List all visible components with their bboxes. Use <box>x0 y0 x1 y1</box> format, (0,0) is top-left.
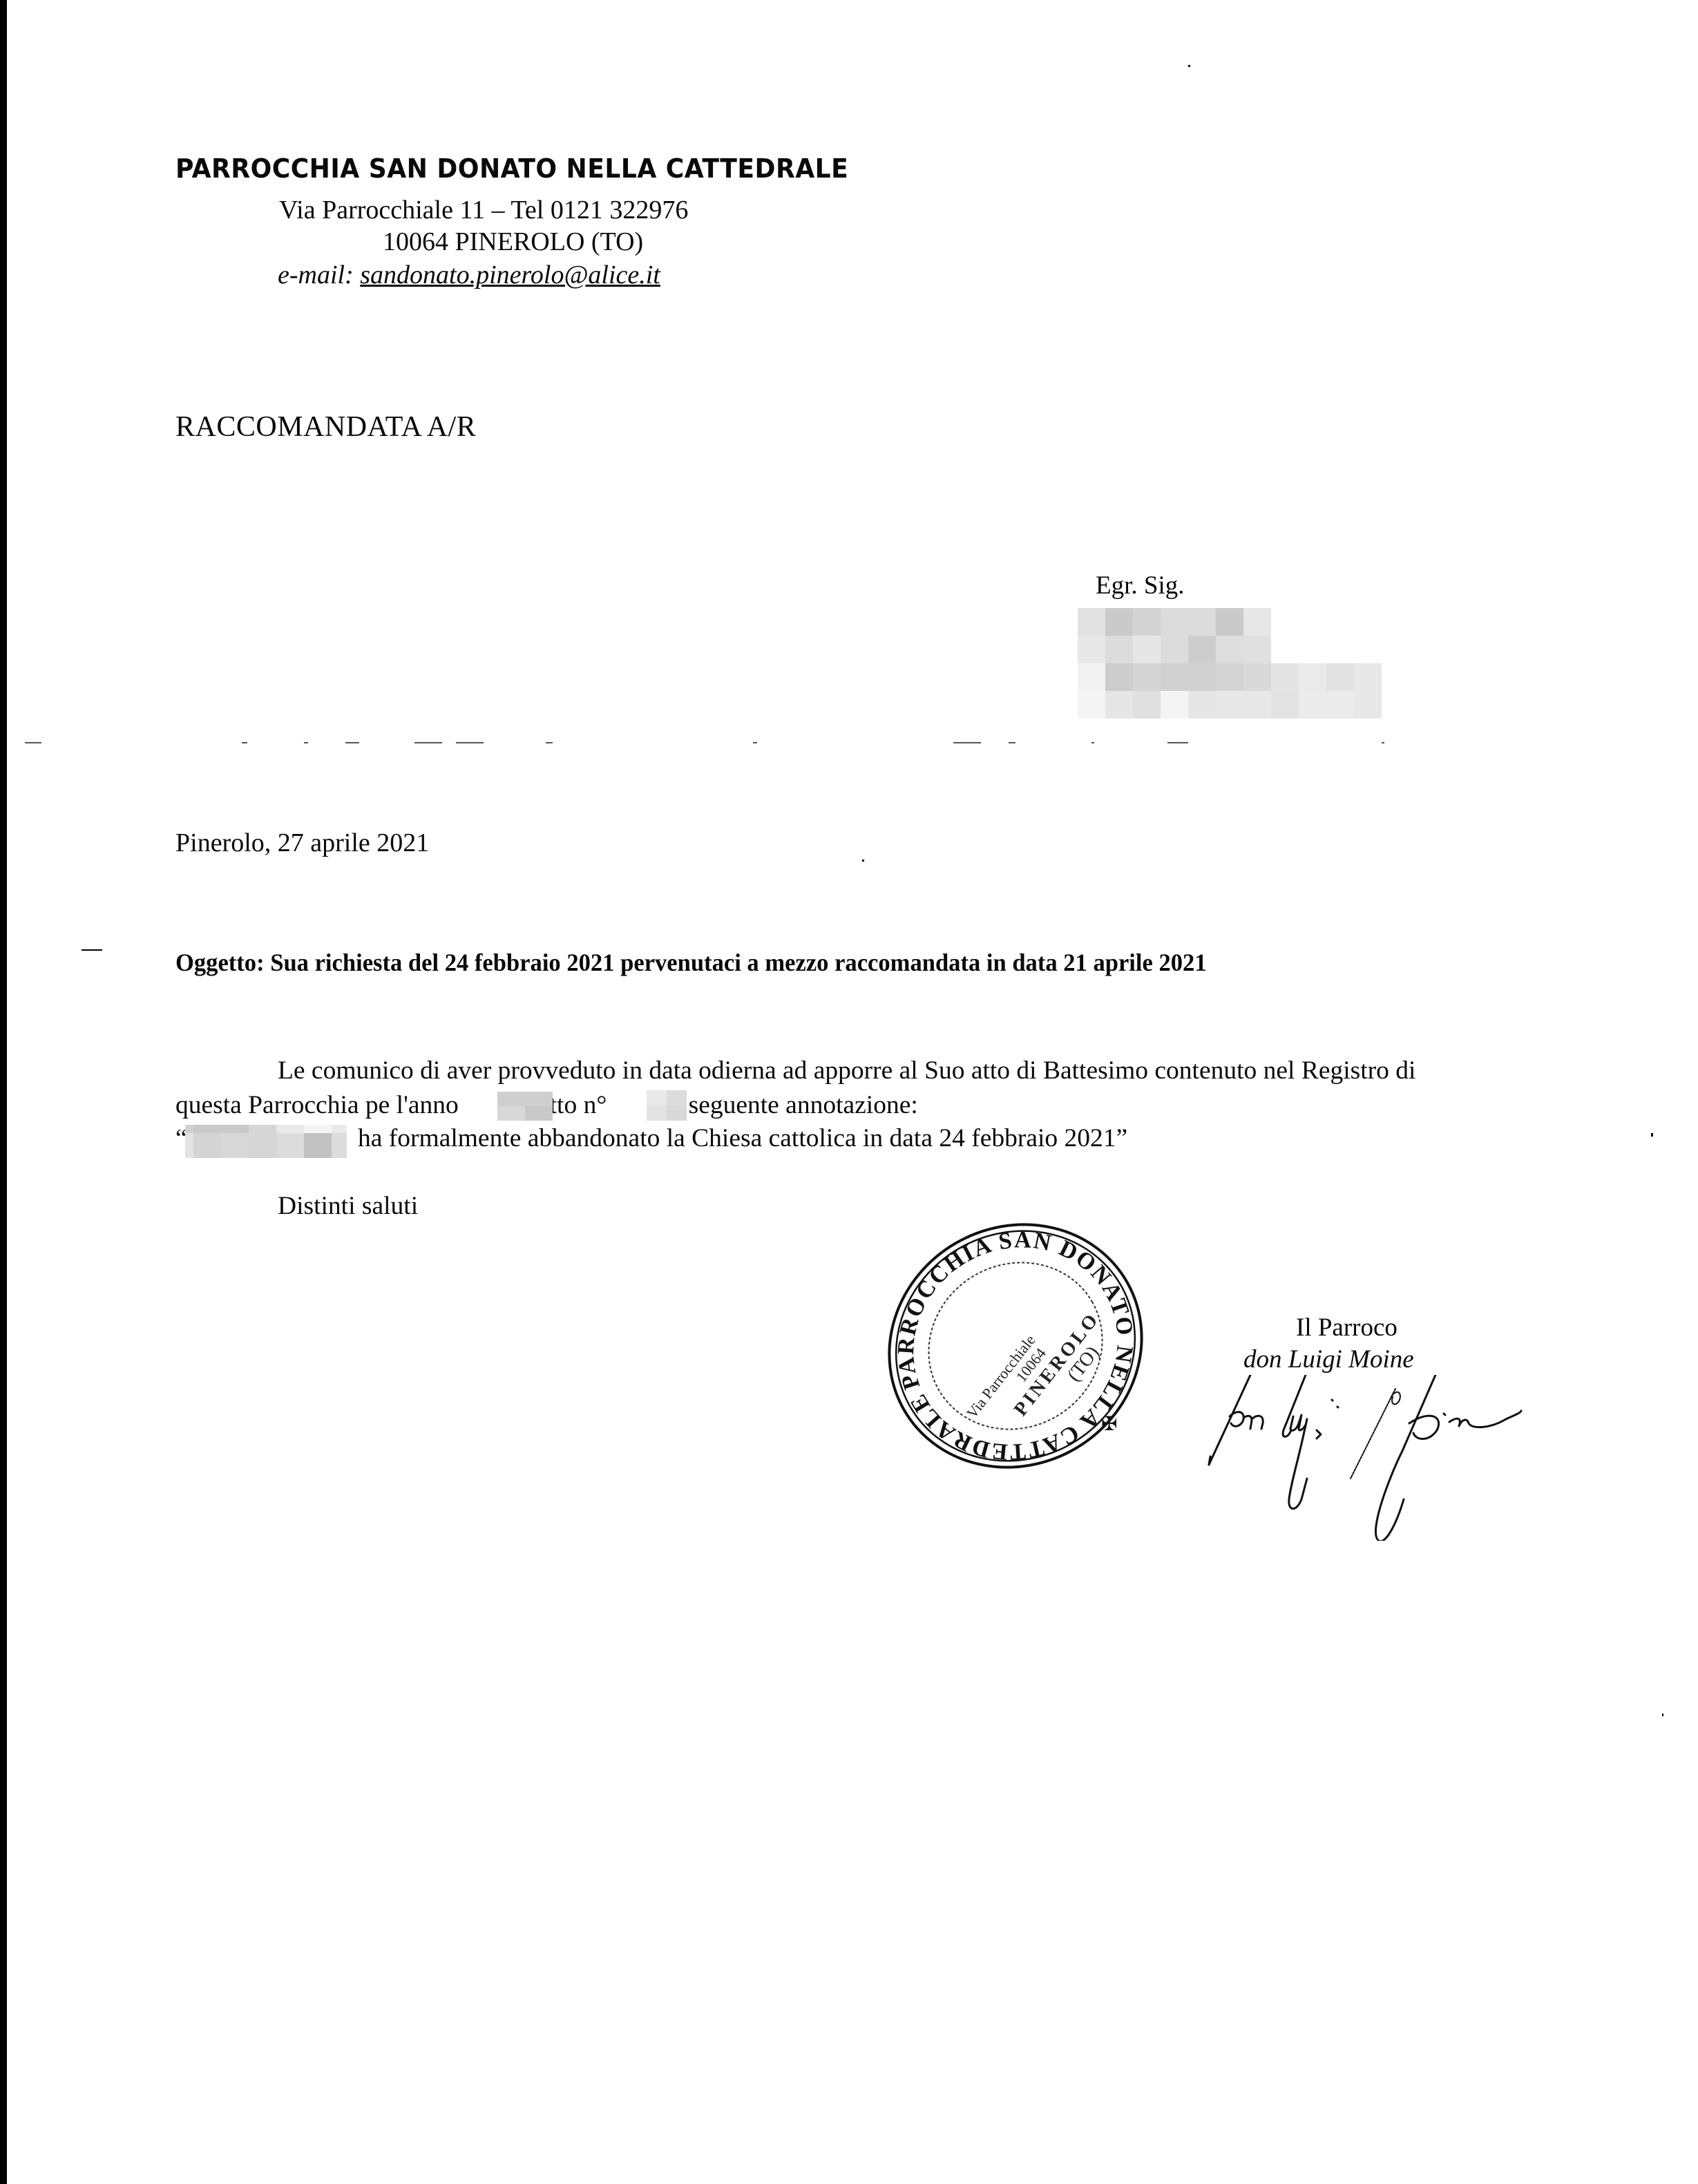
scan-speck <box>242 742 247 743</box>
scan-speck <box>304 742 308 743</box>
scan-speck <box>1188 65 1190 67</box>
organization-address: Via Parrocchiale 11 – Tel 0121 322976 <box>279 195 688 225</box>
recipient-address-redaction <box>1078 608 1382 719</box>
handwritten-signature <box>1202 1375 1547 1541</box>
scan-speck <box>456 742 484 743</box>
email-link[interactable]: sandonato.pinerolo@alice.it <box>360 260 660 289</box>
scan-speck <box>414 742 442 743</box>
parish-stamp: PARROCCHIA SAN DONATO NELLA CATTEDRALE ✠… <box>879 1222 1152 1470</box>
scan-speck <box>1651 1133 1653 1137</box>
scan-edge-shadow <box>0 0 7 2184</box>
organization-name: PARROCCHIA SAN DONATO NELLA CATTEDRALE <box>175 153 848 184</box>
scan-speck <box>1167 742 1188 743</box>
email-label: e-mail: <box>278 260 360 289</box>
delivery-type: RACCOMANDATA A/R <box>175 410 476 444</box>
scan-speck <box>1662 1713 1663 1716</box>
organization-email-line: e-mail: sandonato.pinerolo@alice.it <box>278 260 660 290</box>
scan-speck <box>862 860 864 862</box>
signature-role: Il Parroco <box>1296 1313 1397 1342</box>
organization-city: 10064 PINEROLO (TO) <box>383 227 643 257</box>
recipient-salutation: Egr. Sig. <box>1096 571 1185 600</box>
scan-speck <box>546 742 553 743</box>
closing-greeting: Distinti saluti <box>278 1191 418 1221</box>
letter-subject: Oggetto: Sua richiesta del 24 febbraio 2… <box>175 948 1207 977</box>
scan-speck <box>25 742 41 743</box>
scan-speck <box>953 742 981 743</box>
act-number-redaction <box>647 1090 687 1121</box>
scan-speck <box>1382 742 1384 743</box>
scan-speck <box>345 742 359 743</box>
year-redaction <box>497 1092 553 1121</box>
letter-date: Pinerolo, 27 aprile 2021 <box>175 828 429 858</box>
signature-name: don Luigi Moine <box>1243 1345 1414 1374</box>
scan-speck <box>1009 742 1015 743</box>
stamp-cross-icon: ✠ <box>1101 1412 1117 1435</box>
name-redaction <box>185 1125 347 1158</box>
body-line-1: Le comunico di aver provveduto in data o… <box>278 1056 1415 1085</box>
scan-speck <box>753 742 757 743</box>
scan-speck <box>82 949 102 951</box>
scan-speck <box>1091 742 1094 743</box>
